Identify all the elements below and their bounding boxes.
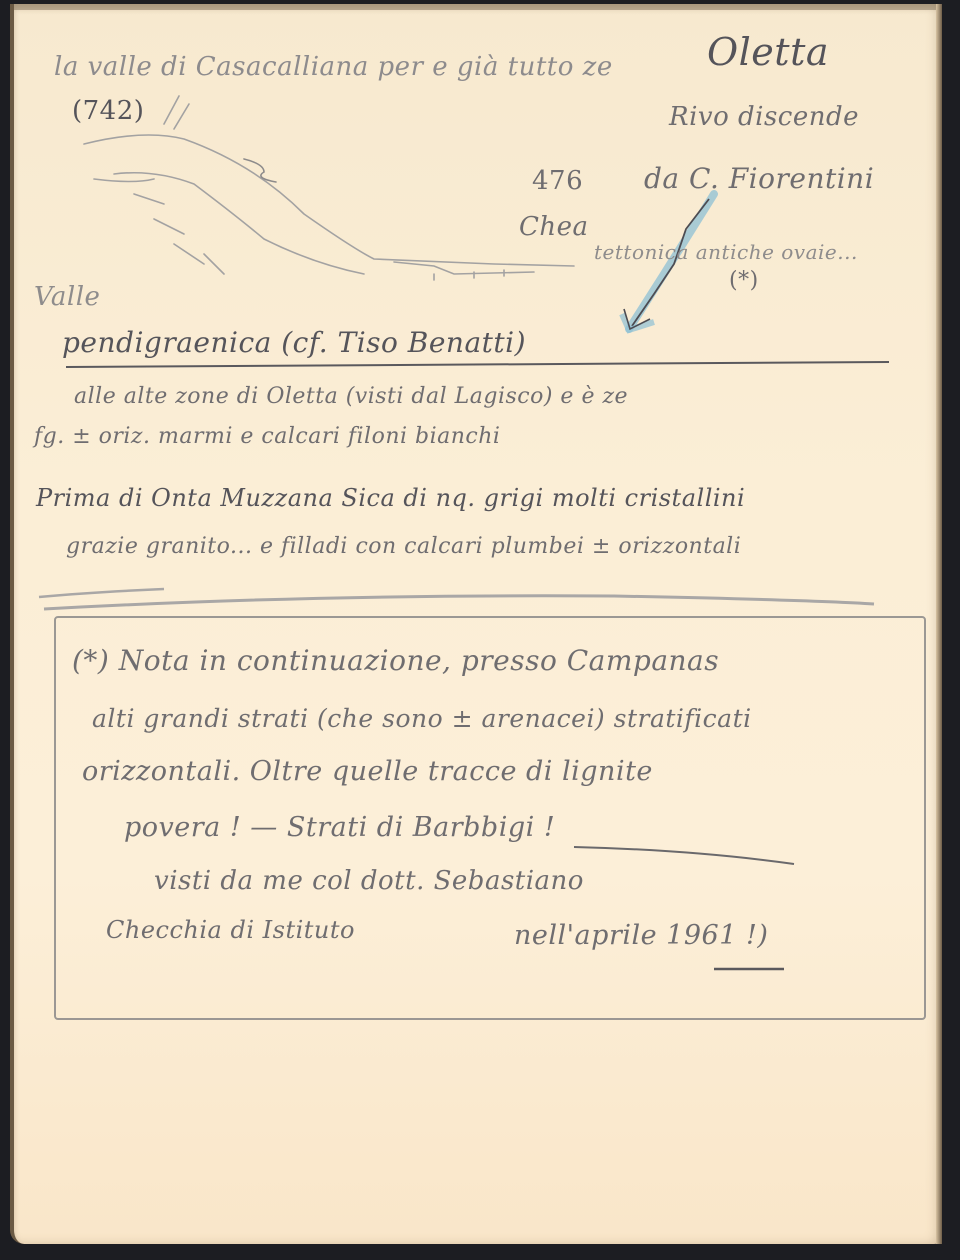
place-name-oletta: Oletta xyxy=(707,30,829,74)
river-line-2: da C. Fiorentini xyxy=(644,162,874,195)
sketch-note: tettonica antiche ovaie... xyxy=(594,240,858,264)
elevation-742: (742) xyxy=(72,96,144,126)
river-line-1: Rivo discende xyxy=(669,102,859,132)
footnote-line-2: alti grandi strati (che sono ± arenacei)… xyxy=(92,704,752,733)
note-line-1: alle alte zone di Oletta (visti dal Lagi… xyxy=(74,384,628,409)
footnote-line-3: orizzontali. Oltre quelle tracce di lign… xyxy=(82,756,653,787)
section-title: pendigraenica (cf. Tiso Benatti) xyxy=(62,326,526,359)
asterisk-mark: (*) xyxy=(729,268,759,293)
notebook-page: la valle di Casacalliana per e già tutto… xyxy=(10,4,942,1244)
footnote-line-5: visti da me col dott. Sebastiano xyxy=(154,866,584,896)
footnote-line-4: povera ! — Strati di Barbbigi ! xyxy=(124,812,555,843)
footnote-line-6: Checchia di Istituto xyxy=(106,916,355,944)
note-line-3: Prima di Onta Muzzana Sica di nq. grigi … xyxy=(36,484,745,512)
valle-label: Valle xyxy=(34,282,100,312)
footnote-line-7: nell'aprile 1961 !) xyxy=(514,920,768,951)
top-line-text: la valle di Casacalliana per e già tutto… xyxy=(54,52,613,82)
chea-label: Chea xyxy=(519,212,589,242)
note-line-2: fg. ± oriz. marmi e calcari filoni bianc… xyxy=(34,424,500,449)
note-line-4: grazie granito... e filladi con calcari … xyxy=(66,534,741,559)
footnote-line-1: (*) Nota in continuazione, presso Campan… xyxy=(72,644,719,677)
elevation-476: 476 xyxy=(532,166,583,196)
